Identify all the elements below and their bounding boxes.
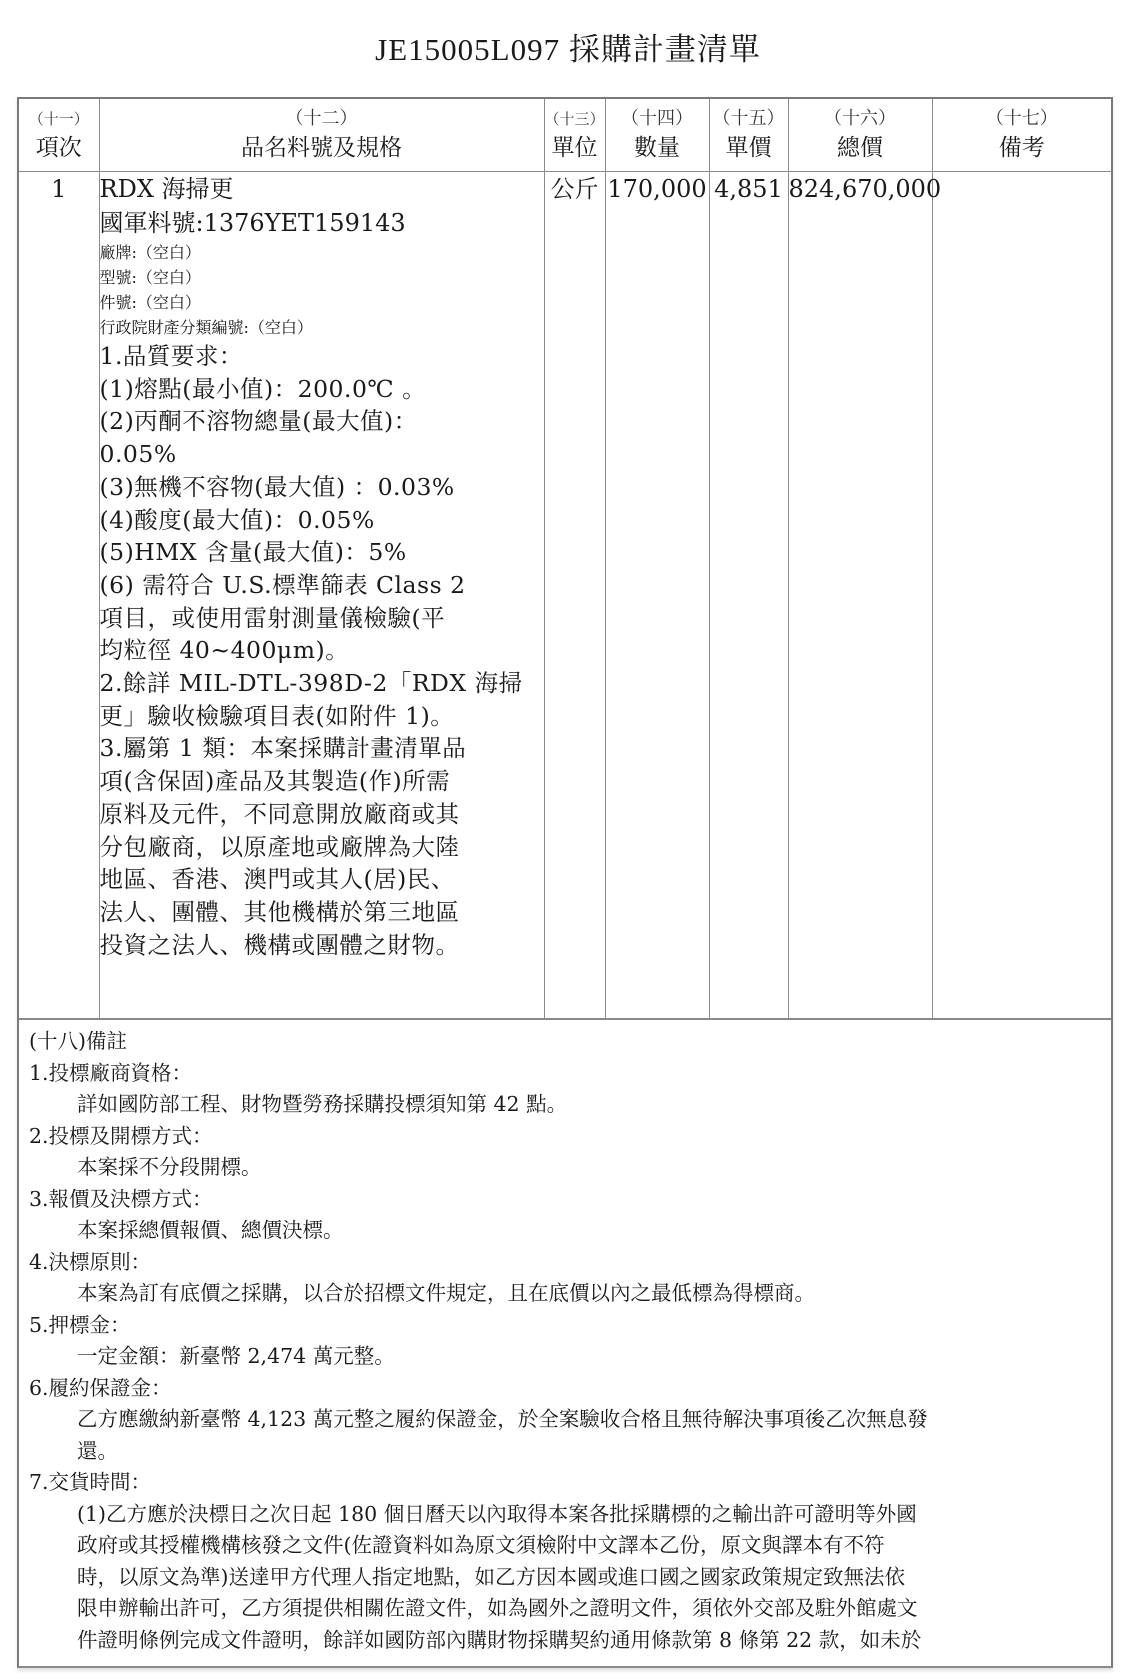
note-title: 3.報價及決標方式： [29, 1184, 1101, 1216]
spec-line: 均粒徑 40~400μm)。 [100, 634, 544, 667]
property-class-field: 行政院財產分類編號:（空白） [100, 315, 544, 340]
col-number: （十五） [710, 106, 788, 132]
col-number: （十六） [789, 106, 932, 132]
col-label: 單價 [710, 132, 788, 164]
procurement-items-table: （十一） 項次 （十二） 品名料號及規格 （十三） 單位 （十四） 數量 （十五… [19, 99, 1111, 1019]
cell-unit: 公斤 [544, 172, 605, 1019]
note-body: 本案採總價報價、總價決標。 [29, 1215, 1101, 1247]
spec-line: 地區、香港、澳門或其人(居)民、 [100, 863, 544, 896]
note-body: 乙方應繳納新臺幣 4,123 萬元整之履約保證金，於全案驗收合格且無待解決事項後… [29, 1404, 1101, 1436]
cell-unit-price: 4,851 [709, 172, 788, 1019]
col-header-quantity: （十四） 數量 [605, 99, 709, 172]
spec-line: 更」驗收檢驗項目表(如附件 1)。 [100, 700, 544, 733]
note-body: 本案採不分段開標。 [29, 1152, 1101, 1184]
part-number-field: 件號:（空白） [100, 290, 544, 315]
note-title: 6.履約保證金： [29, 1373, 1101, 1405]
spec-line: (5)HMX 含量(最大值)：5% [100, 536, 544, 569]
note-award-principle: 4.決標原則： 本案為訂有底價之採購，以合於招標文件規定，且在底價以內之最低標為… [29, 1247, 1101, 1310]
note-title: 4.決標原則： [29, 1247, 1101, 1279]
notes-section: (十八)備註 1.投標廠商資格： 詳如國防部工程、財物暨勞務採購投標須知第 42… [19, 1019, 1111, 1666]
brand-field: 廠牌:（空白） [100, 240, 544, 265]
spec-line: (4)酸度(最大值)：0.05% [100, 504, 544, 537]
note-title: 1.投標廠商資格： [29, 1058, 1101, 1090]
cell-remarks [932, 172, 1111, 1019]
note-body: 政府或其授權機構核發之文件(佐證資料如為原文須檢附中文譯本乙份，原文與譯本有不符 [29, 1530, 1101, 1562]
spec-line: 0.05% [100, 438, 544, 471]
spec-line: 項(含保固)產品及其製造(作)所需 [100, 765, 544, 798]
note-title: 2.投標及開標方式： [29, 1121, 1101, 1153]
cell-item-no: 1 [19, 172, 99, 1019]
spec-line: (3)無機不容物(最大值) ：0.03% [100, 471, 544, 504]
col-header-remarks: （十七） 備考 [932, 99, 1111, 172]
note-quotation-award-method: 3.報價及決標方式： 本案採總價報價、總價決標。 [29, 1184, 1101, 1247]
spec-line: 3.屬第 1 類：本案採購計畫清單品 [100, 732, 544, 765]
spec-line: 分包廠商，以原產地或廠牌為大陸 [100, 831, 544, 864]
item-name: RDX 海掃更 [100, 172, 544, 206]
table-header-row: （十一） 項次 （十二） 品名料號及規格 （十三） 單位 （十四） 數量 （十五… [19, 99, 1111, 172]
note-body: 件證明條例完成文件證明，餘詳如國防部內購財物採購契約通用條款第 8 條第 22 … [29, 1625, 1101, 1657]
spec-line: 2.餘詳 MIL-DTL-398D-2「RDX 海掃 [100, 667, 544, 700]
col-label: 備考 [933, 132, 1112, 164]
col-header-unit: （十三） 單位 [544, 99, 605, 172]
note-delivery-time: 7.交貨時間： (1)乙方應於決標日之次日起 180 個日曆天以內取得本案各批採… [29, 1467, 1101, 1656]
note-bidder-qualification: 1.投標廠商資格： 詳如國防部工程、財物暨勞務採購投標須知第 42 點。 [29, 1058, 1101, 1121]
col-number: （十一） [19, 106, 99, 132]
spec-line: 項目，或使用雷射測量儀檢驗(平 [100, 602, 544, 635]
col-label: 單位 [545, 132, 605, 164]
col-label: 項次 [19, 132, 99, 164]
note-bid-bond: 5.押標金： 一定金額：新臺幣 2,474 萬元整。 [29, 1310, 1101, 1373]
col-number: （十二） [100, 106, 544, 132]
col-label: 總價 [789, 132, 932, 164]
notes-heading: (十八)備註 [29, 1026, 1101, 1058]
note-title: 5.押標金： [29, 1310, 1101, 1342]
col-label: 數量 [606, 132, 709, 164]
spec-line: (2)丙酮不溶物總量(最大值)： [100, 405, 544, 438]
note-body: 本案為訂有底價之採購，以合於招標文件規定，且在底價以內之最低標為得標商。 [29, 1278, 1101, 1310]
note-body: 限申辦輸出許可，乙方須提供相關佐證文件，如為國外之證明文件，須依外交部及駐外館處… [29, 1593, 1101, 1625]
spec-line: 投資之法人、機構或團體之財物。 [100, 929, 544, 962]
spec-line: 原料及元件，不同意開放廠商或其 [100, 798, 544, 831]
cell-name-spec: RDX 海掃更 國軍料號:1376YET159143 廠牌:（空白） 型號:（空… [99, 172, 544, 1019]
col-number: （十七） [933, 106, 1112, 132]
note-performance-bond: 6.履約保證金： 乙方應繳納新臺幣 4,123 萬元整之履約保證金，於全案驗收合… [29, 1373, 1101, 1468]
col-number: （十四） [606, 106, 709, 132]
cell-total-price: 824,670,000 [788, 172, 932, 1019]
military-part-number: 國軍料號:1376YET159143 [100, 206, 544, 240]
note-body: 還。 [29, 1436, 1101, 1468]
note-bid-opening-method: 2.投標及開標方式： 本案採不分段開標。 [29, 1121, 1101, 1184]
spec-line: (6) 需符合 U.S.標準篩表 Class 2 [100, 569, 544, 602]
table-row: 1 RDX 海掃更 國軍料號:1376YET159143 廠牌:（空白） 型號:… [19, 172, 1111, 1019]
document-title: JE15005L097 採購計畫清單 [0, 24, 1136, 69]
procurement-plan-sheet: （十一） 項次 （十二） 品名料號及規格 （十三） 單位 （十四） 數量 （十五… [17, 97, 1113, 1668]
spec-line: 1.品質要求： [100, 340, 544, 373]
cell-quantity: 170,000 [605, 172, 709, 1019]
col-number: （十三） [545, 106, 605, 132]
note-title: 7.交貨時間： [29, 1467, 1101, 1499]
note-body: 時，以原文為準)送達甲方代理人指定地點，如乙方因本國或進口國之國家政策規定致無法… [29, 1562, 1101, 1594]
col-header-item-no: （十一） 項次 [19, 99, 99, 172]
note-body: 一定金額：新臺幣 2,474 萬元整。 [29, 1341, 1101, 1373]
col-header-name-spec: （十二） 品名料號及規格 [99, 99, 544, 172]
note-body: 詳如國防部工程、財物暨勞務採購投標須知第 42 點。 [29, 1089, 1101, 1121]
col-label: 品名料號及規格 [100, 132, 544, 164]
spec-line: 法人、團體、其他機構於第三地區 [100, 896, 544, 929]
note-body: (1)乙方應於決標日之次日起 180 個日曆天以內取得本案各批採購標的之輸出許可… [29, 1499, 1101, 1531]
model-field: 型號:（空白） [100, 265, 544, 290]
col-header-unit-price: （十五） 單價 [709, 99, 788, 172]
spec-line: (1)熔點(最小值)：200.0℃ 。 [100, 373, 544, 406]
col-header-total-price: （十六） 總價 [788, 99, 932, 172]
